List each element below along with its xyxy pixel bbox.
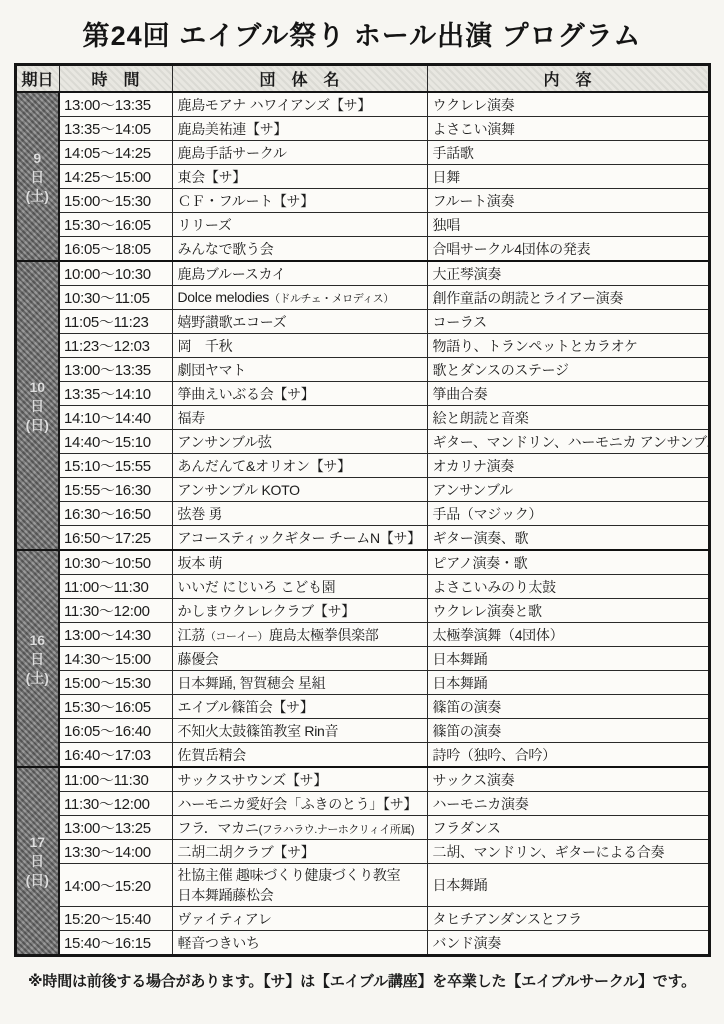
- time-cell: 15:10～15:55: [59, 454, 172, 478]
- content-cell: タヒチアンダンスとフラ: [427, 907, 709, 931]
- table-row: 16:50～17:25アコースティックギター チームN【サ】ギター演奏、歌: [15, 526, 709, 551]
- group-cell: あんだんて&オリオン【サ】: [172, 454, 427, 478]
- group-cell: ハーモニカ愛好会「ふきのとう」【サ】: [172, 792, 427, 816]
- group-name: 不知火太鼓篠笛教室 Rin音: [178, 723, 339, 739]
- date-line: (日): [26, 418, 49, 432]
- time-cell: 15:30～16:05: [59, 695, 172, 719]
- date-section-17日(日): 17日(日)11:00～11:30サックスサウンズ【サ】サックス演奏11:30～…: [15, 767, 709, 956]
- group-cell: かしまウクレレクラブ【サ】: [172, 599, 427, 623]
- group-name: 二胡二胡クラブ【サ】: [178, 844, 315, 860]
- table-row: 15:30～16:05リリーズ独唱: [15, 213, 709, 237]
- content-cell: 手品（マジック）: [427, 502, 709, 526]
- date-label: 9日(土): [17, 93, 59, 260]
- group-cell: 江茘（コーイー）鹿島太極拳倶楽部: [172, 623, 427, 647]
- time-cell: 11:00～11:30: [59, 767, 172, 792]
- time-cell: 13:35～14:05: [59, 117, 172, 141]
- group-name: フラ．マカニ: [178, 820, 259, 836]
- content-cell: 箏曲合奏: [427, 382, 709, 406]
- table-row: 14:30～15:00藤優会日本舞踊: [15, 647, 709, 671]
- table-row: 14:05～14:25鹿島手話サークル手話歌: [15, 141, 709, 165]
- table-row: 13:00～13:35劇団ヤマト歌とダンスのステージ: [15, 358, 709, 382]
- content-cell: よさこいみのり太鼓: [427, 575, 709, 599]
- content-cell: ピアノ演奏・歌: [427, 550, 709, 575]
- footnote: ※時間は前後する場合があります。【サ】は【エイブル講座】を卒業した【エイブルサー…: [0, 970, 724, 991]
- time-cell: 16:30～16:50: [59, 502, 172, 526]
- content-cell: 歌とダンスのステージ: [427, 358, 709, 382]
- group-cell: 不知火太鼓篠笛教室 Rin音: [172, 719, 427, 743]
- group-cell: 弦巻 勇: [172, 502, 427, 526]
- group-cell: いいだ にじいろ こども園: [172, 575, 427, 599]
- table-row: 15:00～15:30日本舞踊, 智賀穂会 星組日本舞踊: [15, 671, 709, 695]
- group-name: 藤優会: [178, 651, 219, 667]
- date-label: 17日(日): [17, 768, 59, 954]
- content-cell: 創作童話の朗読とライアー演奏: [427, 286, 709, 310]
- group-name: 鹿島美祐連【サ】: [178, 121, 288, 137]
- content-cell: 日本舞踊: [427, 864, 709, 907]
- group-name: サックスサウンズ【サ】: [178, 772, 328, 788]
- time-cell: 13:00～13:25: [59, 816, 172, 840]
- date-section-16日(土): 16日(土)10:30～10:50坂本 萌ピアノ演奏・歌11:00～11:30い…: [15, 550, 709, 767]
- content-cell: ウクレレ演奏と歌: [427, 599, 709, 623]
- group-cell: 藤優会: [172, 647, 427, 671]
- table-row: 10:30～11:05Dolce melodies（ドルチェ・メロディス）創作童…: [15, 286, 709, 310]
- content-cell: 二胡、マンドリン、ギターによる合奏: [427, 840, 709, 864]
- date-section-10日(日): 10日(日)10:00～10:30鹿島ブルースカイ大正琴演奏10:30～11:0…: [15, 261, 709, 550]
- group-cell: 東会【サ】: [172, 165, 427, 189]
- group-name: アコースティックギター チームN【サ】: [178, 530, 421, 546]
- time-cell: 15:00～15:30: [59, 671, 172, 695]
- group-cell: 軽音つきいち: [172, 931, 427, 956]
- group-name: 鹿島ブルースカイ: [178, 266, 286, 282]
- table-row: 10日(日)10:00～10:30鹿島ブルースカイ大正琴演奏: [15, 261, 709, 286]
- table-row: 14:25～15:00東会【サ】日舞: [15, 165, 709, 189]
- time-cell: 11:23～12:03: [59, 334, 172, 358]
- time-cell: 14:05～14:25: [59, 141, 172, 165]
- time-cell: 14:30～15:00: [59, 647, 172, 671]
- group-cell: 日本舞踊, 智賀穂会 星組: [172, 671, 427, 695]
- group-name: 佐賀岳精会: [178, 747, 247, 763]
- table-row: 16:30～16:50弦巻 勇手品（マジック）: [15, 502, 709, 526]
- time-cell: 11:30～12:00: [59, 599, 172, 623]
- content-cell: 手話歌: [427, 141, 709, 165]
- time-cell: 10:00～10:30: [59, 261, 172, 286]
- group-name: 鹿島モアナ ハワイアンズ【サ】: [178, 97, 372, 113]
- date-line: 日: [30, 170, 44, 184]
- content-cell: サックス演奏: [427, 767, 709, 792]
- table-row: 14:40～15:10アンサンブル弦ギター、マンドリン、ハーモニカ アンサンブル: [15, 430, 709, 454]
- group-name: 社協主催 趣味づくり健康づくり教室 日本舞踊藤松会: [178, 867, 401, 903]
- content-cell: 太極拳演舞（4団体）: [427, 623, 709, 647]
- content-cell: フルート演奏: [427, 189, 709, 213]
- group-name: みんなで歌う会: [178, 241, 274, 257]
- date-line: 日: [30, 854, 44, 868]
- group-name: 劇団ヤマト: [178, 362, 247, 378]
- date-line: 10: [29, 380, 45, 394]
- group-name: 東会【サ】: [178, 169, 247, 185]
- content-cell: 篠笛の演奏: [427, 719, 709, 743]
- group-cell: 二胡二胡クラブ【サ】: [172, 840, 427, 864]
- date-line: 日: [30, 652, 44, 666]
- group-name: エイブル篠笛会【サ】: [178, 699, 314, 715]
- group-name: いいだ にじいろ こども園: [178, 579, 336, 595]
- table-row: 16:05～18:05みんなで歌う会合唱サークル4団体の発表: [15, 237, 709, 262]
- content-cell: 物語り、トランペットとカラオケ: [427, 334, 709, 358]
- table-row: 15:55～16:30アンサンブル KOTOアンサンブル: [15, 478, 709, 502]
- group-cell: 鹿島手話サークル: [172, 141, 427, 165]
- date-line: (土): [26, 671, 49, 685]
- time-cell: 11:30～12:00: [59, 792, 172, 816]
- content-cell: フラダンス: [427, 816, 709, 840]
- table-row: 11:00～11:30いいだ にじいろ こども園よさこいみのり太鼓: [15, 575, 709, 599]
- group-name: 日本舞踊, 智賀穂会 星組: [178, 675, 326, 691]
- content-cell: アンサンブル: [427, 478, 709, 502]
- group-cell: フラ．マカニ(フラハラウ.ナーホクリィイ所属): [172, 816, 427, 840]
- time-cell: 10:30～10:50: [59, 550, 172, 575]
- column-header-3: 内 容: [427, 65, 709, 93]
- group-cell: 岡 千秋: [172, 334, 427, 358]
- group-name-after: 鹿島太極拳倶楽部: [269, 627, 379, 643]
- content-cell: ウクレレ演奏: [427, 92, 709, 117]
- group-cell: アコースティックギター チームN【サ】: [172, 526, 427, 551]
- table-row: 15:30～16:05エイブル篠笛会【サ】篠笛の演奏: [15, 695, 709, 719]
- group-cell: 鹿島モアナ ハワイアンズ【サ】: [172, 92, 427, 117]
- group-cell: Dolce melodies（ドルチェ・メロディス）: [172, 286, 427, 310]
- group-cell: みんなで歌う会: [172, 237, 427, 262]
- group-name: リリーズ: [178, 217, 232, 233]
- group-cell: 嬉野讃歌エコーズ: [172, 310, 427, 334]
- table-row: 11:30～12:00かしまウクレレクラブ【サ】ウクレレ演奏と歌: [15, 599, 709, 623]
- group-name: 箏曲えいぶる会【サ】: [178, 386, 315, 402]
- content-cell: 大正琴演奏: [427, 261, 709, 286]
- content-cell: ハーモニカ演奏: [427, 792, 709, 816]
- date-line: 16: [29, 633, 45, 647]
- group-name: 嬉野讃歌エコーズ: [178, 314, 287, 330]
- group-cell: リリーズ: [172, 213, 427, 237]
- content-cell: 詩吟（独吟、合吟）: [427, 743, 709, 768]
- date-line: 日: [30, 399, 44, 413]
- group-cell: 劇団ヤマト: [172, 358, 427, 382]
- group-note: （ドルチェ・メロディス）: [269, 293, 394, 305]
- table-row: 13:35～14:05鹿島美祐連【サ】よさこい演舞: [15, 117, 709, 141]
- table-row: 16:05～16:40不知火太鼓篠笛教室 Rin音篠笛の演奏: [15, 719, 709, 743]
- content-cell: 日本舞踊: [427, 647, 709, 671]
- time-cell: 14:40～15:10: [59, 430, 172, 454]
- time-cell: 11:05～11:23: [59, 310, 172, 334]
- time-cell: 13:35～14:10: [59, 382, 172, 406]
- time-cell: 14:10～14:40: [59, 406, 172, 430]
- group-cell: 鹿島美祐連【サ】: [172, 117, 427, 141]
- table-row: 15:10～15:55あんだんて&オリオン【サ】オカリナ演奏: [15, 454, 709, 478]
- date-line: (日): [26, 873, 49, 887]
- table-head: 期日時 間団 体 名内 容: [15, 65, 709, 93]
- content-cell: バンド演奏: [427, 931, 709, 956]
- table-row: 11:23～12:03岡 千秋物語り、トランペットとカラオケ: [15, 334, 709, 358]
- group-name: あんだんて&オリオン【サ】: [178, 458, 351, 474]
- group-cell: 佐賀岳精会: [172, 743, 427, 768]
- group-cell: アンサンブル KOTO: [172, 478, 427, 502]
- time-cell: 16:05～16:40: [59, 719, 172, 743]
- content-cell: ギター、マンドリン、ハーモニカ アンサンブル: [427, 430, 709, 454]
- time-cell: 10:30～11:05: [59, 286, 172, 310]
- table-row: 13:30～14:00二胡二胡クラブ【サ】二胡、マンドリン、ギターによる合奏: [15, 840, 709, 864]
- content-cell: 日舞: [427, 165, 709, 189]
- group-cell: 社協主催 趣味づくり健康づくり教室 日本舞踊藤松会: [172, 864, 427, 907]
- group-name: 福寿: [178, 410, 205, 426]
- program-table: 期日時 間団 体 名内 容 9日(土)13:00～13:35鹿島モアナ ハワイア…: [14, 63, 711, 957]
- date-cell: 10日(日): [15, 261, 59, 550]
- group-name: ヴァイティアレ: [178, 911, 272, 927]
- date-label: 16日(土): [17, 551, 59, 766]
- group-name: 江茘: [178, 627, 205, 643]
- group-cell: エイブル篠笛会【サ】: [172, 695, 427, 719]
- time-cell: 16:40～17:03: [59, 743, 172, 768]
- table-row: 17日(日)11:00～11:30サックスサウンズ【サ】サックス演奏: [15, 767, 709, 792]
- date-cell: 17日(日): [15, 767, 59, 956]
- time-cell: 15:30～16:05: [59, 213, 172, 237]
- group-note: (フラハラウ.ナーホクリィイ所属): [259, 824, 414, 836]
- content-cell: 篠笛の演奏: [427, 695, 709, 719]
- time-cell: 15:55～16:30: [59, 478, 172, 502]
- program-page: 第24回 エイブル祭り ホール出演 プログラム 期日時 間団 体 名内 容 9日…: [0, 0, 724, 1024]
- group-name: ハーモニカ愛好会「ふきのとう」【サ】: [178, 796, 418, 812]
- date-cell: 9日(土): [15, 92, 59, 261]
- content-cell: オカリナ演奏: [427, 454, 709, 478]
- content-cell: 絵と朗読と音楽: [427, 406, 709, 430]
- content-cell: 合唱サークル4団体の発表: [427, 237, 709, 262]
- group-name: 軽音つきいち: [178, 935, 260, 951]
- column-header-1: 時 間: [59, 65, 172, 93]
- table-row: 15:20～15:40ヴァイティアレタヒチアンダンスとフラ: [15, 907, 709, 931]
- group-name: 弦巻 勇: [178, 506, 223, 522]
- content-cell: ギター演奏、歌: [427, 526, 709, 551]
- time-cell: 15:40～16:15: [59, 931, 172, 956]
- table-row: 9日(土)13:00～13:35鹿島モアナ ハワイアンズ【サ】ウクレレ演奏: [15, 92, 709, 117]
- header-row: 期日時 間団 体 名内 容: [15, 65, 709, 93]
- group-name: 鹿島手話サークル: [178, 145, 287, 161]
- group-name: アンサンブル弦: [178, 434, 272, 450]
- table-row: 13:00～14:30江茘（コーイー）鹿島太極拳倶楽部太極拳演舞（4団体）: [15, 623, 709, 647]
- date-label: 10日(日): [17, 262, 59, 549]
- content-cell: 独唱: [427, 213, 709, 237]
- time-cell: 11:00～11:30: [59, 575, 172, 599]
- content-cell: コーラス: [427, 310, 709, 334]
- date-cell: 16日(土): [15, 550, 59, 767]
- table-row: 16日(土)10:30～10:50坂本 萌ピアノ演奏・歌: [15, 550, 709, 575]
- table-row: 15:40～16:15軽音つきいちバンド演奏: [15, 931, 709, 956]
- group-name: アンサンブル KOTO: [178, 482, 300, 498]
- group-cell: アンサンブル弦: [172, 430, 427, 454]
- group-name: ＣＦ・フルート【サ】: [178, 193, 314, 209]
- time-cell: 13:30～14:00: [59, 840, 172, 864]
- group-note: （コーイー）: [205, 631, 268, 643]
- content-cell: よさこい演舞: [427, 117, 709, 141]
- time-cell: 15:20～15:40: [59, 907, 172, 931]
- table-row: 13:00～13:25フラ．マカニ(フラハラウ.ナーホクリィイ所属)フラダンス: [15, 816, 709, 840]
- group-cell: 箏曲えいぶる会【サ】: [172, 382, 427, 406]
- group-name: かしまウクレレクラブ【サ】: [178, 603, 355, 619]
- date-line: 17: [29, 835, 45, 849]
- group-cell: ヴァイティアレ: [172, 907, 427, 931]
- time-cell: 13:00～14:30: [59, 623, 172, 647]
- page-title: 第24回 エイブル祭り ホール出演 プログラム: [0, 0, 724, 63]
- table-row: 15:00～15:30ＣＦ・フルート【サ】フルート演奏: [15, 189, 709, 213]
- time-cell: 16:50～17:25: [59, 526, 172, 551]
- group-cell: 鹿島ブルースカイ: [172, 261, 427, 286]
- time-cell: 14:25～15:00: [59, 165, 172, 189]
- content-cell: 日本舞踊: [427, 671, 709, 695]
- date-line: 9: [33, 151, 41, 165]
- group-cell: 福寿: [172, 406, 427, 430]
- column-header-2: 団 体 名: [172, 65, 427, 93]
- time-cell: 13:00～13:35: [59, 358, 172, 382]
- time-cell: 14:00～15:20: [59, 864, 172, 907]
- table-row: 14:00～15:20社協主催 趣味づくり健康づくり教室 日本舞踊藤松会日本舞踊: [15, 864, 709, 907]
- time-cell: 15:00～15:30: [59, 189, 172, 213]
- group-name: Dolce melodies: [178, 289, 270, 305]
- group-name: 岡 千秋: [178, 338, 233, 354]
- table-row: 16:40～17:03佐賀岳精会詩吟（独吟、合吟）: [15, 743, 709, 768]
- time-cell: 16:05～18:05: [59, 237, 172, 262]
- date-line: (土): [26, 189, 49, 203]
- table-row: 11:30～12:00ハーモニカ愛好会「ふきのとう」【サ】ハーモニカ演奏: [15, 792, 709, 816]
- table-row: 11:05～11:23嬉野讃歌エコーズコーラス: [15, 310, 709, 334]
- table-row: 13:35～14:10箏曲えいぶる会【サ】箏曲合奏: [15, 382, 709, 406]
- group-name: 坂本 萌: [178, 555, 223, 571]
- column-header-0: 期日: [15, 65, 59, 93]
- group-cell: 坂本 萌: [172, 550, 427, 575]
- date-section-9日(土): 9日(土)13:00～13:35鹿島モアナ ハワイアンズ【サ】ウクレレ演奏13:…: [15, 92, 709, 261]
- group-cell: ＣＦ・フルート【サ】: [172, 189, 427, 213]
- time-cell: 13:00～13:35: [59, 92, 172, 117]
- group-cell: サックスサウンズ【サ】: [172, 767, 427, 792]
- table-row: 14:10～14:40福寿絵と朗読と音楽: [15, 406, 709, 430]
